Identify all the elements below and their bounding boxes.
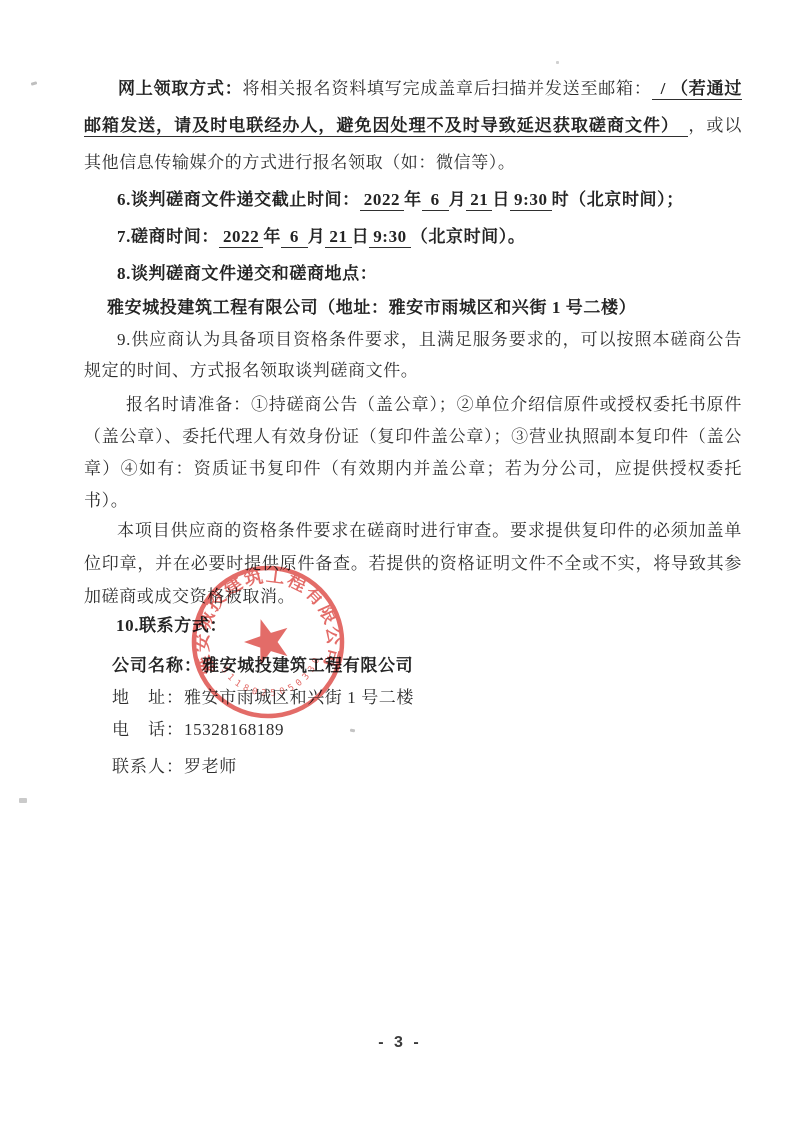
location-label: 8.谈判磋商文件递交和磋商地点： <box>117 264 377 283</box>
consult-tail: （北京时间）。 <box>411 227 526 246</box>
registration-materials-paragraph: 报名时请准备：①持磋商公告（盖公章）；②单位介绍信原件或授权委托书原件（盖公章）… <box>84 389 742 517</box>
contact-company-row: 公司名称：雅安城投建筑工程有限公司 <box>84 650 742 682</box>
company-name-label: 公司名称： <box>112 656 202 675</box>
contact-person-value: 罗老师 <box>184 757 237 776</box>
scan-speck <box>556 61 559 64</box>
scan-speck <box>350 729 355 733</box>
deadline-year-unit: 年 <box>404 190 422 209</box>
document-page: 网上领取方式：将相关报名资料填写完成盖章后扫描并发送至邮箱： / （若通过邮箱发… <box>0 0 800 1131</box>
consult-year-unit: 年 <box>263 227 281 246</box>
deadline-day: 21 <box>466 190 492 211</box>
deadline-tail: 时（北京时间）； <box>552 190 684 209</box>
intro-body: 将相关报名资料填写完成盖章后扫描并发送至邮箱： <box>243 79 652 98</box>
consult-time: 9:30 <box>369 227 411 248</box>
deadline-day-unit: 日 <box>492 190 510 209</box>
consult-day-unit: 日 <box>352 227 370 246</box>
online-collection-paragraph: 网上领取方式：将相关报名资料填写完成盖章后扫描并发送至邮箱： / （若通过邮箱发… <box>84 70 742 181</box>
contact-heading: 10.联系方式： <box>84 607 742 644</box>
consult-month-unit: 月 <box>308 227 326 246</box>
phone-label: 电 话： <box>112 720 184 739</box>
page-number: - 3 - <box>0 1034 800 1052</box>
contact-phone-row: 电 话：15328168189 <box>84 714 742 746</box>
address-label: 地 址： <box>112 688 184 707</box>
consult-month: 6 <box>281 227 308 248</box>
contact-heading-label: 10.联系方式： <box>116 616 227 635</box>
location-item: 8.谈判磋商文件递交和磋商地点： <box>84 255 742 292</box>
deadline-month-unit: 月 <box>449 190 467 209</box>
venue-line: 雅安城投建筑工程有限公司（地址：雅安市雨城区和兴街 1 号二楼） <box>84 292 742 324</box>
company-name-value: 雅安城投建筑工程有限公司 <box>202 656 413 675</box>
deadline-year: 2022 <box>360 190 404 211</box>
consult-year: 2022 <box>219 227 263 248</box>
supplier-eligibility-paragraph: 9.供应商认为具备项目资格条件要求，且满足服务要求的，可以按照本磋商公告规定的时… <box>84 324 742 386</box>
document-body: 网上领取方式：将相关报名资料填写完成盖章后扫描并发送至邮箱： / （若通过邮箱发… <box>84 70 742 783</box>
address-value: 雅安市雨城区和兴街 1 号二楼 <box>184 688 414 707</box>
deadline-item: 6.谈判磋商文件递交截止时间：2022年 6 月21日9:30时（北京时间）； <box>84 181 742 218</box>
scan-speck <box>19 798 27 803</box>
contact-person-row: 联系人：罗老师 <box>84 751 742 783</box>
scan-speck <box>31 81 38 85</box>
consultation-time-item: 7.磋商时间：2022年 6 月21日9:30（北京时间）。 <box>84 218 742 255</box>
deadline-month: 6 <box>422 190 449 211</box>
intro-label: 网上领取方式： <box>118 79 243 98</box>
consult-day: 21 <box>325 227 351 248</box>
consult-label: 7.磋商时间： <box>117 227 219 246</box>
deadline-label: 6.谈判磋商文件递交截止时间： <box>117 190 360 209</box>
phone-value: 15328168189 <box>184 720 284 739</box>
deadline-time: 9:30 <box>510 190 552 211</box>
contact-person-label: 联系人： <box>112 757 184 776</box>
contact-address-row: 地 址：雅安市雨城区和兴街 1 号二楼 <box>84 682 742 714</box>
qualification-review-paragraph: 本项目供应商的资格条件要求在磋商时进行审查。要求提供复印件的必须加盖单位印章，并… <box>84 514 742 613</box>
